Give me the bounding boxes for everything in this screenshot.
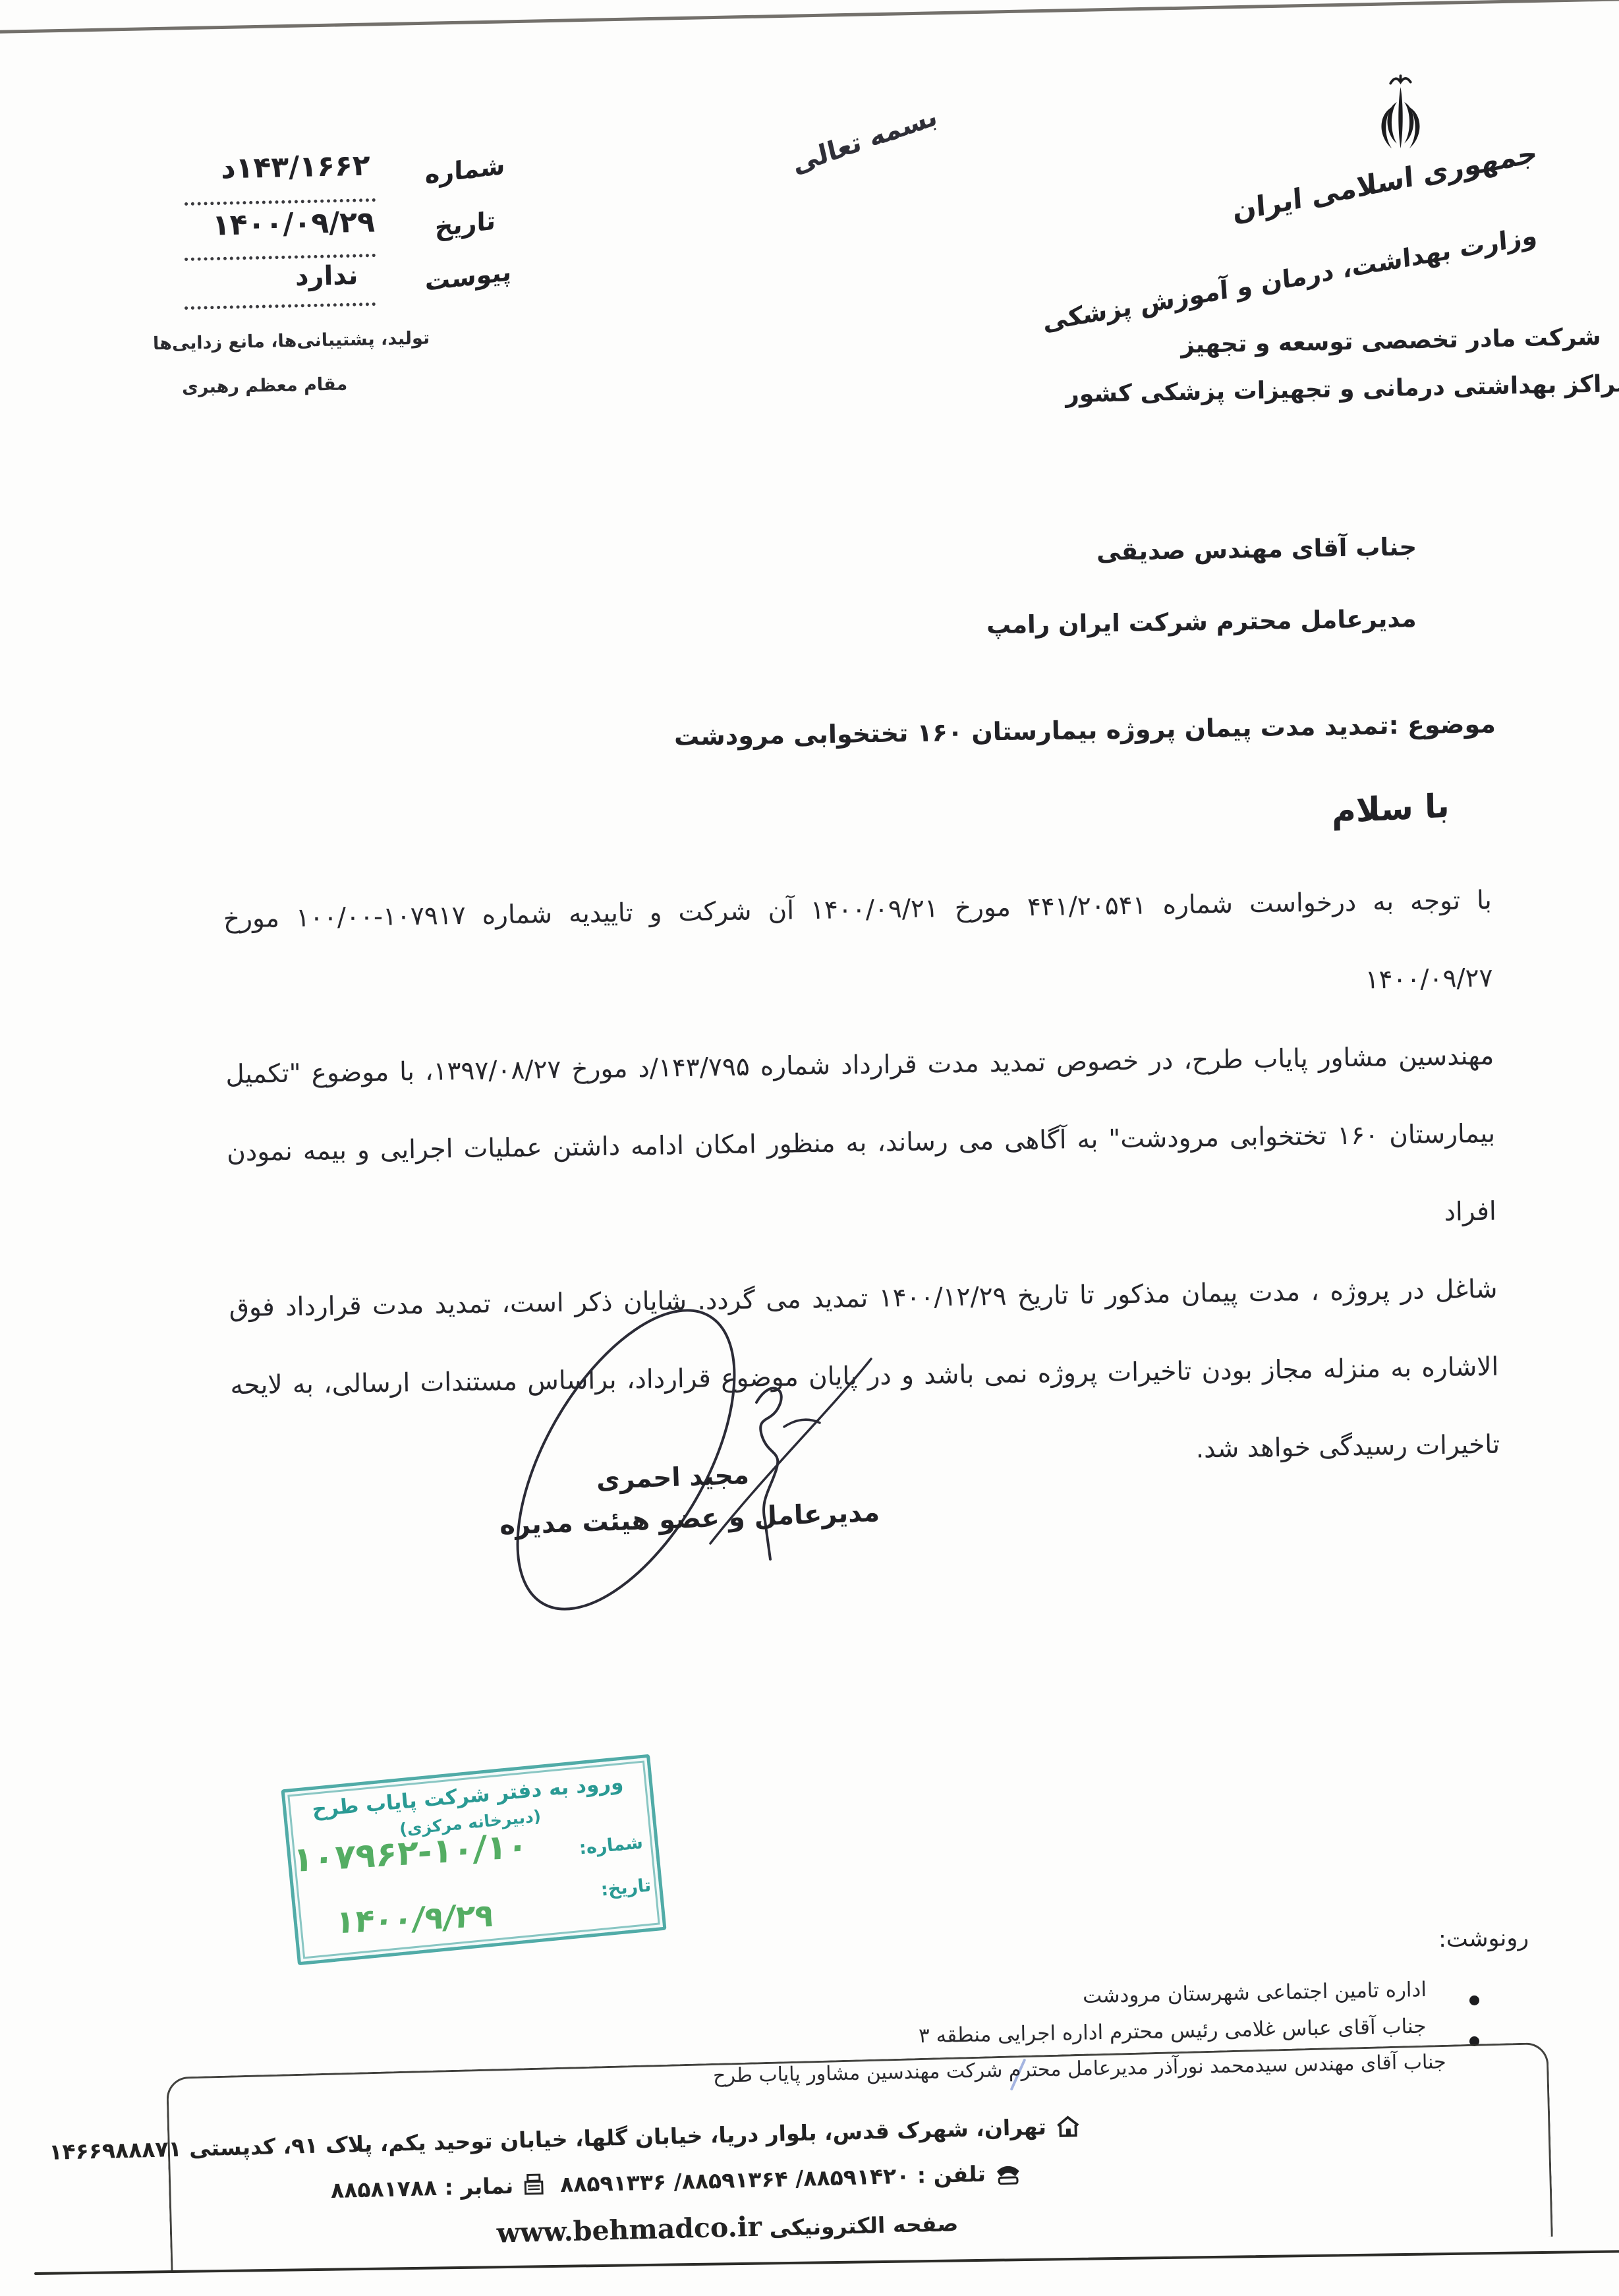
cc-heading: رونوشت: (1438, 1925, 1529, 1953)
stamp-handwritten-date: ۱۴۰۰/۹/۲۹ (334, 1897, 496, 1941)
letter-date-value: ۱۴۰۰/۰۹/۲۹ (212, 205, 375, 242)
body-line: با توجه به درخواست شماره ۴۴۱/۲۰۵۴۱ مورخ … (223, 862, 1493, 1037)
footer-phone-label: تلفن : (917, 2161, 986, 2189)
office-entry-stamp: ورود به دفتر شرکت پایاب طرح (دبیرخانه مر… (281, 1754, 666, 1966)
bismillah-heading: بسمه تعالی (789, 101, 940, 180)
letter-body: با توجه به درخواست شماره ۴۴۱/۲۰۵۴۱ مورخ … (223, 862, 1500, 1503)
attachment-label: پیوست (425, 257, 511, 297)
recipient-name-line: جناب آقای مهندس صدیقی (1096, 532, 1417, 566)
signatory-name: مجید احمری (596, 1460, 749, 1495)
subject-line: موضوع :تمدید مدت پیمان پروژه بیمارستان ۱… (674, 709, 1496, 751)
stamp-date-label: تاریخ: (600, 1875, 652, 1900)
letter-date-label: تاریخ (435, 206, 496, 242)
body-line: بیمارستان ۱۶۰ تختخوابی مرودشت" به آگاهی … (226, 1095, 1496, 1270)
phone-icon (994, 2162, 1021, 2185)
year-slogan-line2: مقام معظم رهبری (182, 374, 348, 397)
footer-web-url: www.behmadco.ir (496, 2211, 762, 2249)
salutation: با سلام (1332, 786, 1450, 830)
fax-icon (523, 2173, 546, 2197)
letterhead-company-line1: شرکت مادر تخصصی توسعه و تجهیز (1181, 324, 1601, 359)
letterhead-ministry-title: وزارت بهداشت، درمان و آموزش پزشکی (1197, 221, 1538, 310)
year-slogan-line1: تولید، پشتیبانی‌ها، مانع زدایی‌ها (153, 328, 430, 355)
letter-number-value: ۱۴۳/۱۶۶۲د (220, 149, 370, 186)
recipient-title-line: مدیرعامل محترم شرکت ایران رامپ (986, 604, 1417, 639)
cc-bullet (1469, 1995, 1479, 2005)
letterhead-company-line2: مراکز بهداشتی درمانی و تجهیزات پزشکی کشو… (1065, 370, 1619, 408)
number-dotted-line (185, 196, 376, 206)
attachment-value: ندارد (295, 260, 358, 292)
letter-number-label: شماره (425, 151, 505, 190)
iran-emblem-icon (1369, 72, 1432, 168)
footer-fax-label: نمابر : (444, 2173, 513, 2200)
footer-web-label: صفحه الکترونیکی (769, 2210, 959, 2241)
scan-edge-artifact-top (0, 0, 1619, 34)
scanned-letter-page: جمهوری اسلامی ایران وزارت بهداشت، درمان … (0, 0, 1619, 2296)
cc-item: جناب آقای عباس غلامی رئیس محترم اداره اج… (919, 2015, 1427, 2048)
footer-fax-number: ۸۸۵۸۱۷۸۸ (331, 2175, 438, 2203)
signatory-title: مدیرعامل و عضو هیئت مدیره (499, 1497, 880, 1541)
cc-item: اداره تامین اجتماعی شهرستان مرودشت (1083, 1978, 1427, 2008)
stamp-number-label: شماره: (579, 1832, 644, 1858)
date-dotted-line (185, 251, 376, 261)
house-icon (1055, 2115, 1081, 2138)
attachment-dotted-line (185, 300, 376, 310)
